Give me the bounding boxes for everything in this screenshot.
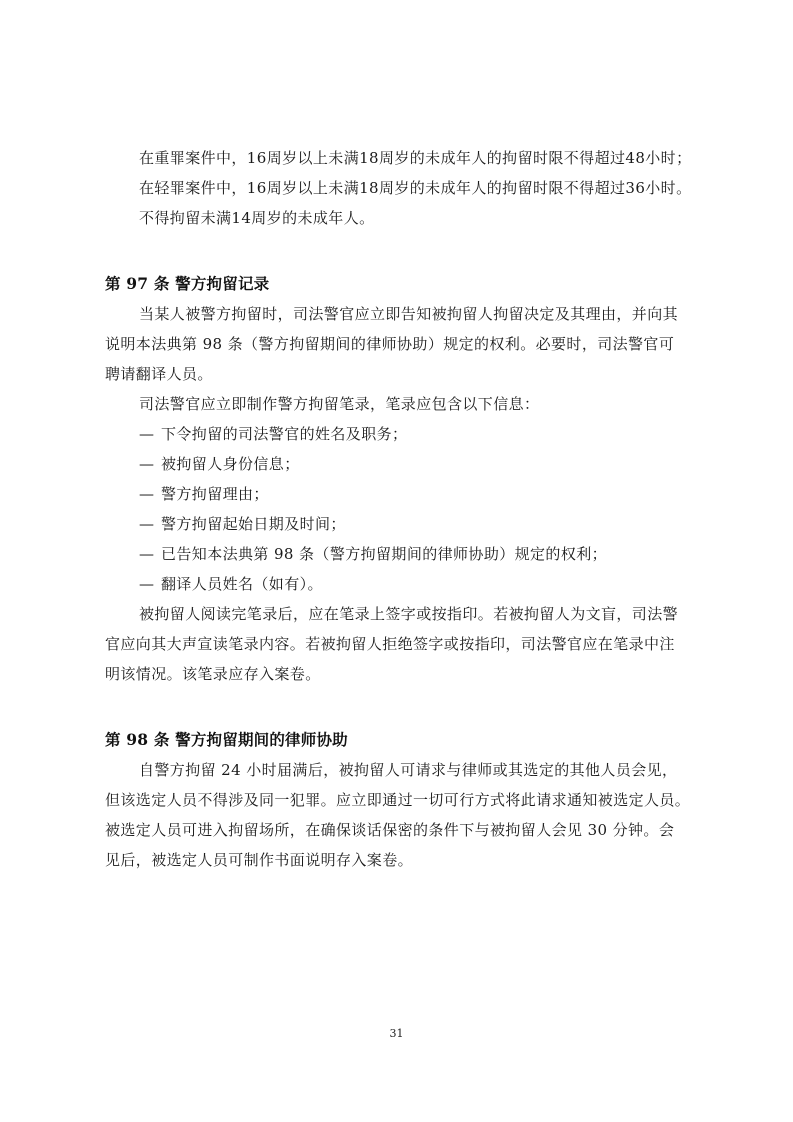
paragraph-line: 在轻罪案件中，16周岁以上未满18周岁的未成年人的拘留时限不得超过36小时。 xyxy=(105,173,720,203)
paragraph-line: 不得拘留未满14周岁的未成年人。 xyxy=(105,203,720,233)
list-item: —下令拘留的司法警官的姓名及职务； xyxy=(105,419,720,449)
paragraph-line: 在重罪案件中，16周岁以上未满18周岁的未成年人的拘留时限不得超过48小时； xyxy=(105,143,720,173)
list-item-text: 下令拘留的司法警官的姓名及职务； xyxy=(161,425,407,443)
paragraph-line: 被选定人员可进入拘留场所，在确保谈话保密的条件下与被拘留人会见 30 分钟。会 xyxy=(105,815,720,845)
article-97-heading: 第 97 条 警方拘留记录 xyxy=(105,269,720,299)
page-content: 在重罪案件中，16周岁以上未满18周岁的未成年人的拘留时限不得超过48小时； 在… xyxy=(105,143,720,875)
paragraph-line: 明该情况。该笔录应存入案卷。 xyxy=(105,659,720,689)
list-item: —警方拘留理由； xyxy=(105,479,720,509)
paragraph-line: 说明本法典第 98 条（警方拘留期间的律师协助）规定的权利。必要时，司法警官可 xyxy=(105,329,720,359)
article-98-heading: 第 98 条 警方拘留期间的律师协助 xyxy=(105,725,720,755)
paragraph-line: 被拘留人阅读完笔录后，应在笔录上签字或按指印。若被拘留人为文盲，司法警 xyxy=(105,599,720,629)
section-gap xyxy=(105,233,720,263)
paragraph-line: 聘请翻译人员。 xyxy=(105,359,720,389)
document-page: 在重罪案件中，16周岁以上未满18周岁的未成年人的拘留时限不得超过48小时； 在… xyxy=(0,0,793,1122)
list-item: —已告知本法典第 98 条（警方拘留期间的律师协助）规定的权利； xyxy=(105,539,720,569)
list-item-text: 被拘留人身份信息； xyxy=(161,455,300,473)
paragraph-line: 司法警官应立即制作警方拘留笔录，笔录应包含以下信息： xyxy=(105,389,720,419)
list-item-text: 翻译人员姓名（如有）。 xyxy=(161,575,323,593)
list-item: —警方拘留起始日期及时间； xyxy=(105,509,720,539)
dash-bullet: — xyxy=(139,509,161,539)
paragraph-line: 官应向其大声宣读笔录内容。若被拘留人拒绝签字或按指印，司法警官应在笔录中注 xyxy=(105,629,720,659)
paragraph-line: 自警方拘留 24 小时届满后，被拘留人可请求与律师或其选定的其他人员会见， xyxy=(105,755,720,785)
list-item-text: 已告知本法典第 98 条（警方拘留期间的律师协助）规定的权利； xyxy=(161,545,607,563)
list-item: —被拘留人身份信息； xyxy=(105,449,720,479)
list-item-text: 警方拘留起始日期及时间； xyxy=(161,515,346,533)
dash-bullet: — xyxy=(139,479,161,509)
dash-bullet: — xyxy=(139,449,161,479)
list-item: —翻译人员姓名（如有）。 xyxy=(105,569,720,599)
dash-bullet: — xyxy=(139,419,161,449)
page-number: 31 xyxy=(0,1027,793,1040)
paragraph-line: 当某人被警方拘留时，司法警官应立即告知被拘留人拘留决定及其理由，并向其 xyxy=(105,299,720,329)
paragraph-line: 见后，被选定人员可制作书面说明存入案卷。 xyxy=(105,845,720,875)
list-item-text: 警方拘留理由； xyxy=(161,485,269,503)
dash-bullet: — xyxy=(139,569,161,599)
dash-bullet: — xyxy=(139,539,161,569)
paragraph-line: 但该选定人员不得涉及同一犯罪。应立即通过一切可行方式将此请求通知被选定人员。 xyxy=(105,785,720,815)
section-gap xyxy=(105,689,720,719)
